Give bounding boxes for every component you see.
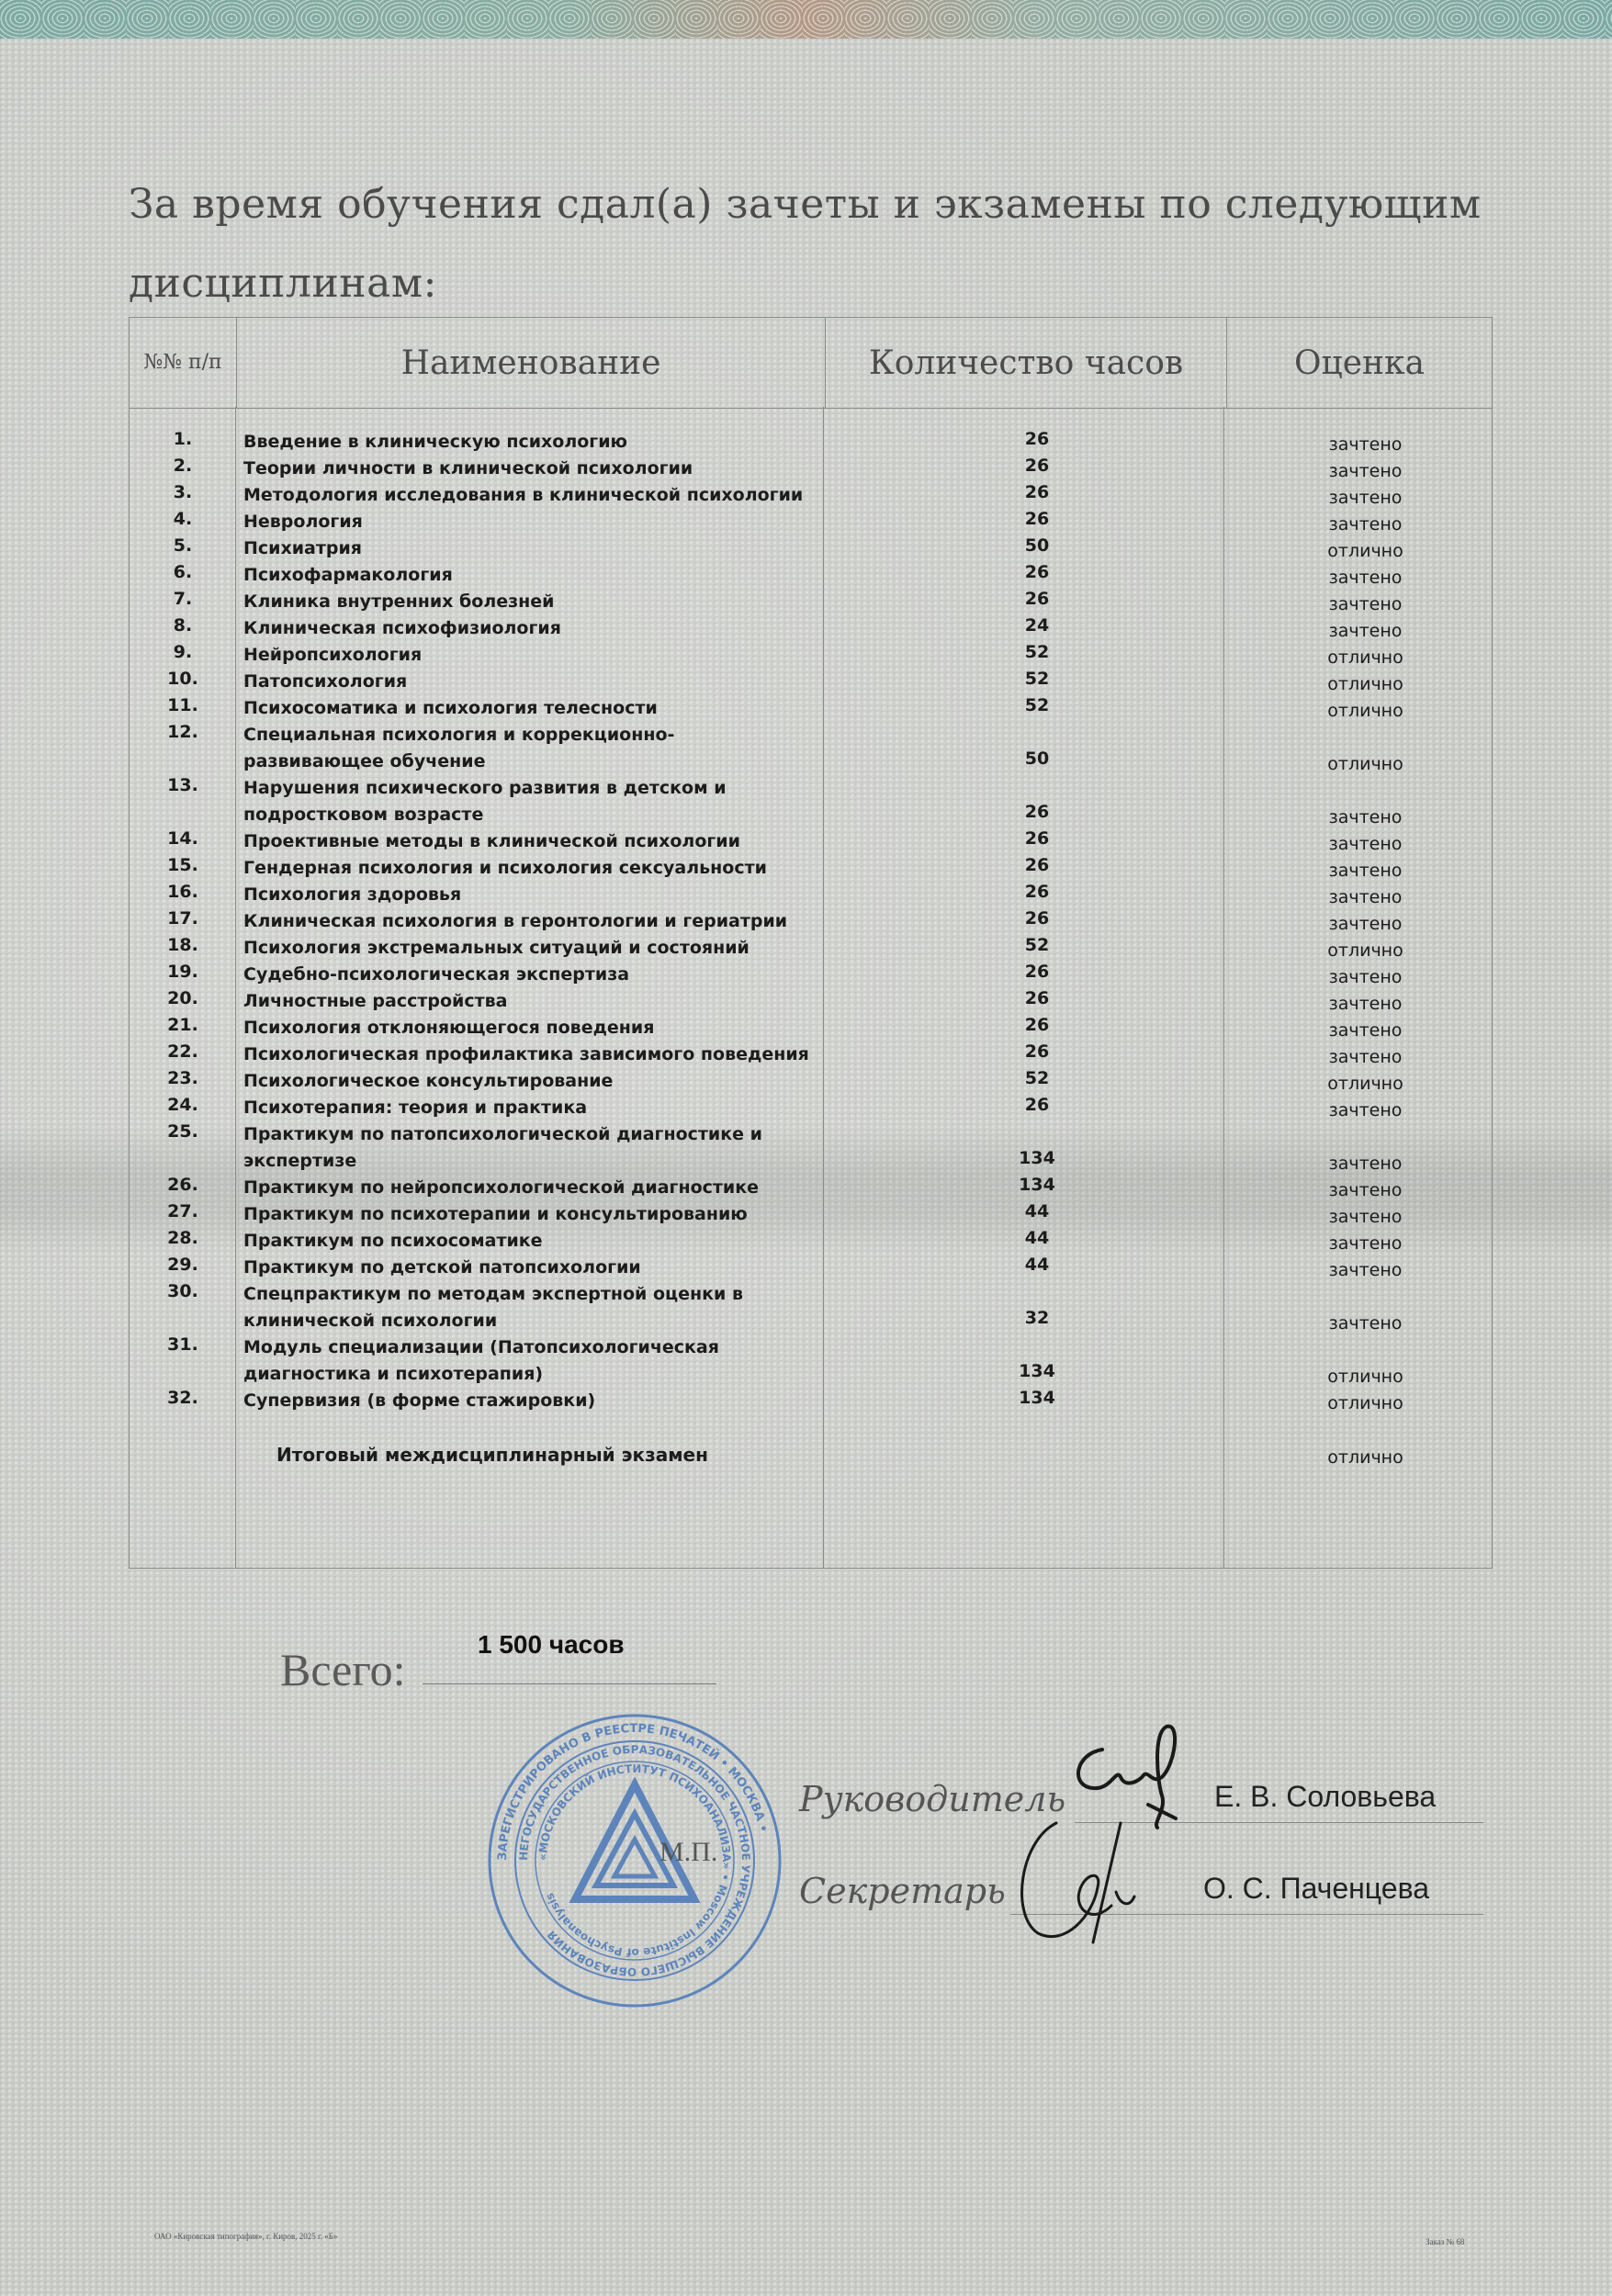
row-grade: зачтено: [1237, 1233, 1494, 1254]
row-hours: 134: [837, 1175, 1237, 1195]
row-grade: зачтено: [1237, 807, 1494, 827]
row-hours: 52: [837, 695, 1237, 715]
final-exam-name: Итоговый междисциплинарный экзамен: [276, 1442, 846, 1469]
row-discipline: Супервизия (в форме стажировки): [243, 1388, 813, 1414]
secretary-name: О. С. Паченцева: [1203, 1872, 1429, 1906]
secretary-signature-icon: [1001, 1805, 1176, 1952]
row-hours: 26: [837, 456, 1237, 476]
row-hours: 50: [837, 535, 1237, 556]
page-heading: За время обучения сдал(а) зачеты и экзам…: [129, 165, 1506, 323]
row-number: 20.: [130, 988, 236, 1008]
row-grade: зачтено: [1237, 1180, 1494, 1200]
row-grade: зачтено: [1237, 594, 1494, 614]
total-hours: Всего: 1 500 часов: [280, 1630, 739, 1685]
row-number: 25.: [130, 1121, 236, 1142]
order-number: Заказ № 68: [1426, 2237, 1464, 2246]
row-discipline: Нарушения психического развития в детско…: [243, 775, 813, 828]
row-hours: 26: [837, 589, 1237, 609]
row-grade: зачтено: [1237, 568, 1494, 588]
row-hours: 26: [837, 962, 1237, 982]
signature-secretary: Секретарь О. С. Паченцева: [799, 1860, 1483, 1915]
row-grade: отлично: [1237, 1367, 1494, 1387]
row-hours: 26: [837, 988, 1237, 1008]
row-grade: отлично: [1237, 674, 1494, 694]
row-discipline: Методология исследования в клинической п…: [243, 482, 813, 509]
row-grade: зачтено: [1237, 1313, 1494, 1334]
row-grade: зачтено: [1237, 1207, 1494, 1227]
table-header-row: №№ п/п Наименование Количество часов Оце…: [130, 318, 1493, 409]
header-grade: Оценка: [1227, 318, 1493, 409]
row-number: 24.: [130, 1095, 236, 1115]
row-grade: отлично: [1237, 647, 1494, 668]
row-number: 11.: [130, 695, 236, 715]
row-grade: зачтено: [1237, 461, 1494, 481]
row-discipline: Специальная психология и коррекционно-ра…: [243, 722, 813, 775]
row-grade: зачтено: [1237, 621, 1494, 641]
row-number: 13.: [130, 775, 236, 795]
row-number: 18.: [130, 935, 236, 955]
row-number: 9.: [130, 642, 236, 662]
row-discipline: Клиника внутренних болезней: [243, 589, 813, 615]
row-number: 3.: [130, 482, 236, 502]
row-hours: 44: [837, 1255, 1237, 1275]
seal-label: М.П.: [659, 1837, 717, 1868]
row-number: 27.: [130, 1201, 236, 1221]
row-discipline: Патопсихология: [243, 669, 813, 695]
row-number: 8.: [130, 615, 236, 636]
row-number: 1.: [130, 429, 236, 449]
row-hours: 26: [837, 802, 1237, 822]
row-number: 21.: [130, 1015, 236, 1035]
row-number: 10.: [130, 669, 236, 689]
row-number: 26.: [130, 1175, 236, 1195]
row-discipline: Нейропсихология: [243, 642, 813, 669]
row-grade: зачтено: [1237, 887, 1494, 907]
row-number: 14.: [130, 828, 236, 849]
row-grade: зачтено: [1237, 834, 1494, 854]
row-hours: 52: [837, 669, 1237, 689]
row-number: 30.: [130, 1281, 236, 1301]
row-discipline: Практикум по психосоматике: [243, 1228, 813, 1255]
final-exam-grade: отлично: [1237, 1447, 1494, 1468]
row-hours: 50: [837, 748, 1237, 769]
row-discipline: Судебно-психологическая экспертиза: [243, 962, 813, 988]
row-number: 5.: [130, 535, 236, 556]
row-grade: зачтено: [1237, 1154, 1494, 1174]
institution-stamp-icon: ЗАРЕГИСТРИРОВАНО В РЕЕСТРЕ ПЕЧАТЕЙ • МОС…: [485, 1711, 784, 2010]
total-label: Всего:: [280, 1643, 406, 1696]
row-discipline: Психология здоровья: [243, 882, 813, 908]
row-number: 28.: [130, 1228, 236, 1248]
row-hours: 26: [837, 1041, 1237, 1062]
total-value: 1 500 часов: [478, 1630, 625, 1660]
row-hours: 134: [837, 1148, 1237, 1168]
row-hours: 26: [837, 1095, 1237, 1115]
row-hours: 26: [837, 828, 1237, 849]
row-number: 15.: [130, 855, 236, 875]
row-discipline: Психиатрия: [243, 535, 813, 562]
row-number: 22.: [130, 1041, 236, 1062]
row-number: 31.: [130, 1334, 236, 1355]
row-discipline: Клиническая психология в геронтологии и …: [243, 908, 813, 935]
row-number: 4.: [130, 509, 236, 529]
row-grade: отлично: [1237, 541, 1494, 561]
row-number: 16.: [130, 882, 236, 902]
row-discipline: Модуль специализации (Патопсихологическа…: [243, 1334, 813, 1388]
row-number: 12.: [130, 722, 236, 742]
row-grade: отлично: [1237, 1393, 1494, 1413]
row-grade: зачтено: [1237, 434, 1494, 455]
row-discipline: Психотерапия: теория и практика: [243, 1095, 813, 1121]
row-number: 19.: [130, 962, 236, 982]
row-discipline: Практикум по психотерапии и консультиров…: [243, 1201, 813, 1228]
row-grade: отлично: [1237, 940, 1494, 961]
row-discipline: Гендерная психология и психология сексуа…: [243, 855, 813, 882]
printer-footer: ОАО «Кировская типография», г. Киров, 20…: [154, 2232, 337, 2241]
row-hours: 44: [837, 1201, 1237, 1221]
row-hours: 32: [837, 1308, 1237, 1328]
row-hours: 52: [837, 1068, 1237, 1088]
row-grade: зачтено: [1237, 1047, 1494, 1067]
row-hours: 26: [837, 562, 1237, 582]
row-grade: зачтено: [1237, 514, 1494, 535]
row-discipline: Практикум по патопсихологической диагнос…: [243, 1121, 813, 1175]
row-discipline: Психофармакология: [243, 562, 813, 589]
decorative-border-band: [0, 0, 1612, 39]
header-hours: Количество часов: [826, 318, 1227, 409]
row-hours: 134: [837, 1361, 1237, 1381]
header-number: №№ п/п: [130, 318, 237, 409]
row-discipline: Практикум по детской патопсихологии: [243, 1255, 813, 1281]
total-underline: [423, 1683, 716, 1684]
header-name: Наименование: [237, 318, 826, 409]
row-number: 23.: [130, 1068, 236, 1088]
row-hours: 52: [837, 935, 1237, 955]
row-grade: зачтено: [1237, 488, 1494, 508]
row-grade: зачтено: [1237, 1100, 1494, 1120]
disciplines-table: №№ п/п Наименование Количество часов Оце…: [129, 317, 1493, 1569]
row-discipline: Проективные методы в клинической психоло…: [243, 828, 813, 855]
row-hours: 26: [837, 908, 1237, 929]
row-hours: 26: [837, 429, 1237, 449]
row-discipline: Психосоматика и психология телесности: [243, 695, 813, 722]
row-discipline: Спецпрактикум по методам экспертной оцен…: [243, 1281, 813, 1334]
row-grade: отлично: [1237, 754, 1494, 774]
row-hours: 52: [837, 642, 1237, 662]
row-discipline: Психология отклоняющегося поведения: [243, 1015, 813, 1041]
row-number: 6.: [130, 562, 236, 582]
row-discipline: Психологическая профилактика зависимого …: [243, 1041, 813, 1068]
row-hours: 44: [837, 1228, 1237, 1248]
row-number: 29.: [130, 1255, 236, 1275]
row-grade: отлично: [1237, 701, 1494, 721]
row-hours: 26: [837, 509, 1237, 529]
row-number: 17.: [130, 908, 236, 929]
row-hours: 26: [837, 482, 1237, 502]
row-discipline: Теории личности в клинической психологии: [243, 456, 813, 482]
row-grade: зачтено: [1237, 1260, 1494, 1280]
row-hours: 26: [837, 855, 1237, 875]
row-hours: 24: [837, 615, 1237, 636]
row-discipline: Клиническая психофизиология: [243, 615, 813, 642]
row-hours: 134: [837, 1388, 1237, 1408]
row-discipline: Психология экстремальных ситуаций и сост…: [243, 935, 813, 962]
row-grade: зачтено: [1237, 914, 1494, 934]
table-body: 1.Введение в клиническую психологию26зач…: [130, 409, 1493, 1569]
row-number: 7.: [130, 589, 236, 609]
row-grade: зачтено: [1237, 967, 1494, 987]
row-number: 2.: [130, 456, 236, 476]
head-name: Е. В. Соловьева: [1214, 1780, 1436, 1814]
row-discipline: Неврология: [243, 509, 813, 535]
row-discipline: Практикум по нейропсихологической диагно…: [243, 1175, 813, 1201]
row-number: 32.: [130, 1388, 236, 1408]
row-grade: зачтено: [1237, 994, 1494, 1014]
row-grade: зачтено: [1237, 861, 1494, 881]
row-hours: 26: [837, 1015, 1237, 1035]
row-discipline: Введение в клиническую психологию: [243, 429, 813, 456]
row-grade: отлично: [1237, 1074, 1494, 1094]
row-discipline: Личностные расстройства: [243, 988, 813, 1015]
table-rows: 1.Введение в клиническую психологию26зач…: [130, 409, 1492, 1568]
secretary-role: Секретарь: [799, 1871, 1006, 1911]
row-discipline: Психологическое консультирование: [243, 1068, 813, 1095]
row-grade: зачтено: [1237, 1020, 1494, 1041]
row-hours: 26: [837, 882, 1237, 902]
